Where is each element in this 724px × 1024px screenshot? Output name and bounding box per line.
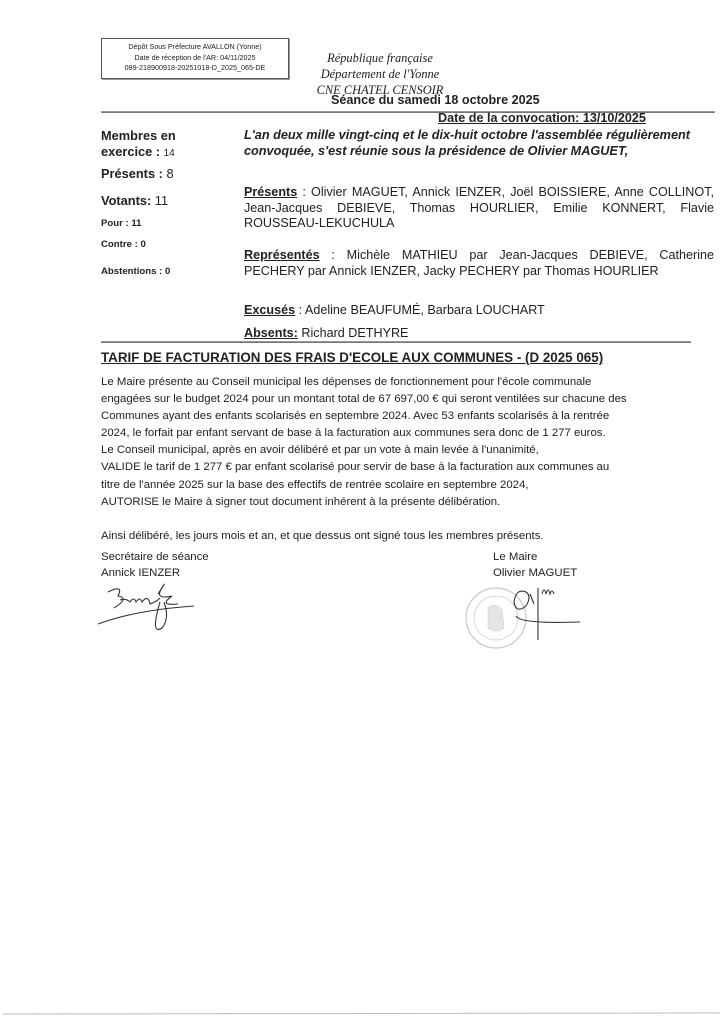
members-label: Membres en xyxy=(101,128,241,144)
present-count: Présents : 8 xyxy=(101,166,241,181)
mayor-signature-block: Le Maire Olivier MAGUET xyxy=(493,549,577,581)
abstentions: Abstentions : 0 xyxy=(101,266,241,277)
members-count: Membres en exercice : 14 xyxy=(101,128,241,162)
session-title: Séance du samedi 18 octobre 2025 xyxy=(331,93,540,107)
present-members: Présents : Olivier MAGUET, Annick IENZER… xyxy=(244,185,714,232)
body-line: Le Maire présente au Conseil municipal l… xyxy=(101,374,701,391)
deliberation-title: TARIF DE FACTURATION DES FRAIS D'ECOLE A… xyxy=(101,350,603,365)
represented-members-label: Représentés xyxy=(244,248,320,262)
body-line: Le Conseil municipal, après en avoir dél… xyxy=(101,442,701,459)
body-line: titre de l'année 2025 sur la base des ef… xyxy=(101,477,701,494)
stamp-line-1: Dépôt Sous Préfecture AVALLON (Yonne) xyxy=(102,41,288,53)
prefecture-receipt-stamp: Dépôt Sous Préfecture AVALLON (Yonne) Da… xyxy=(101,38,289,79)
excused-members-label: Excusés xyxy=(244,303,295,317)
document-header: République française Département de l'Yo… xyxy=(300,50,460,98)
excused-members: Excusés : Adeline BEAUFUMÉ, Barbara LOUC… xyxy=(244,303,714,319)
members-value: 14 xyxy=(164,148,175,159)
convocation-date: Date de la convocation: 13/10/2025 xyxy=(438,111,646,125)
deliberation-body: Le Maire présente au Conseil municipal l… xyxy=(101,374,701,545)
body-line: 2024, le forfait par enfant servant de b… xyxy=(101,425,701,442)
stamp-line-3: 089-218900918-20251018-D_2025_065-DE xyxy=(102,62,288,74)
body-line: AUTORISE le Maire à signer tout document… xyxy=(101,494,701,511)
secretary-signature-icon xyxy=(96,578,216,638)
session-intro: L'an deux mille vingt-cinq et le dix-hui… xyxy=(244,127,714,159)
body-line: engagées sur le budget 2024 pour un mont… xyxy=(101,391,701,408)
excused-members-list: : Adeline BEAUFUMÉ, Barbara LOUCHART xyxy=(295,303,545,317)
absent-members-label: Absents: xyxy=(244,326,298,340)
department-line: Département de l'Yonne xyxy=(300,66,460,82)
mayor-seal-and-signature-icon xyxy=(460,580,600,662)
present-value: 8 xyxy=(166,166,173,181)
present-members-label: Présents xyxy=(244,185,297,199)
present-label: Présents : xyxy=(101,166,166,181)
republic-line: République française xyxy=(300,50,460,66)
voters-label: Votants: xyxy=(101,193,155,208)
mayor-title: Le Maire xyxy=(493,549,577,565)
votes-against: Contre : 0 xyxy=(101,239,241,250)
mayor-name: Olivier MAGUET xyxy=(493,565,577,581)
secretary-title: Secrétaire de séance xyxy=(101,549,209,565)
page-bottom-edge xyxy=(2,1012,720,1014)
attendance-divider xyxy=(101,341,691,343)
closing-line: Ainsi délibéré, les jours mois et an, et… xyxy=(101,528,701,545)
voters-value: 11 xyxy=(155,193,168,208)
body-line: VALIDE le tarif de 1 277 € par enfant sc… xyxy=(101,459,701,476)
secretary-signature-block: Secrétaire de séance Annick IENZER xyxy=(101,549,209,581)
votes-for: Pour : 11 xyxy=(101,218,241,229)
voters-count: Votants: 11 xyxy=(101,193,241,208)
body-line: Communes ayant des enfants scolarisés en… xyxy=(101,408,701,425)
absent-members: Absents: Richard DETHYRE xyxy=(244,326,714,342)
present-members-list: : Olivier MAGUET, Annick IENZER, Joël BO… xyxy=(244,185,714,230)
represented-members: Représentés : Michèle MATHIEU par Jean-J… xyxy=(244,248,714,279)
absent-members-list: Richard DETHYRE xyxy=(298,326,409,340)
members-label-2: exercice : xyxy=(101,144,164,159)
